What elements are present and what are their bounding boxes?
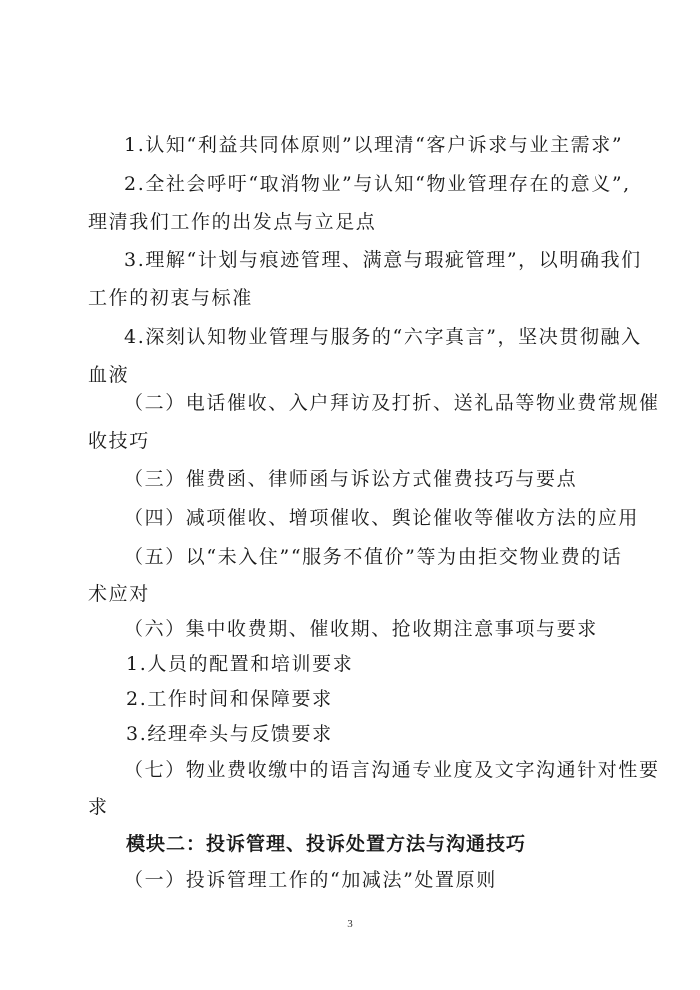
section-7: （七）物业费收缴中的语言沟通专业度及文字沟通针对性要 xyxy=(0,758,700,782)
section-5: （五）以“未入住”“服务不值价”等为由拒交物业费的话 xyxy=(0,545,700,569)
list-item-2-continued: 理清我们工作的出发点与立足点 xyxy=(0,210,700,234)
section-6-item-3: 3.经理牵头与反馈要求 xyxy=(0,722,700,746)
section-6: （六）集中收费期、催收期、抢收期注意事项与要求 xyxy=(0,617,700,641)
section-2-continued: 收技巧 xyxy=(0,429,700,453)
page-number: 3 xyxy=(0,918,700,930)
section-2: （二）电话催收、入户拜访及打折、送礼品等物业费常规催 xyxy=(0,391,700,415)
list-item-3: 3.理解“计划与痕迹管理、满意与瑕疵管理”，以明确我们 xyxy=(0,248,700,272)
list-item-3-continued: 工作的初衷与标准 xyxy=(0,286,700,310)
list-item-4: 4.深刻认知物业管理与服务的“六字真言”，坚决贯彻融入 xyxy=(0,325,700,349)
section-4: （四）减项催收、增项催收、舆论催收等催收方法的应用 xyxy=(0,506,700,530)
module-2-heading: 模块二：投诉管理、投诉处置方法与沟通技巧 xyxy=(0,832,700,856)
section-6-item-2: 2.工作时间和保障要求 xyxy=(0,687,700,711)
section-7-continued: 求 xyxy=(0,795,700,819)
list-item-1: 1.认知“利益共同体原则”以理清“客户诉求与业主需求” xyxy=(0,133,700,157)
list-item-2: 2.全社会呼吁“取消物业”与认知“物业管理存在的意义”, xyxy=(0,172,700,196)
section-3: （三）催费函、律师函与诉讼方式催费技巧与要点 xyxy=(0,467,700,491)
module-2-section-1: （一）投诉管理工作的“加减法”处置原则 xyxy=(0,868,700,892)
section-5-continued: 术应对 xyxy=(0,582,700,606)
list-item-4-continued: 血液 xyxy=(0,363,700,387)
section-6-item-1: 1.人员的配置和培训要求 xyxy=(0,652,700,676)
document-page: 1.认知“利益共同体原则”以理清“客户诉求与业主需求” 2.全社会呼吁“取消物业… xyxy=(0,0,700,990)
